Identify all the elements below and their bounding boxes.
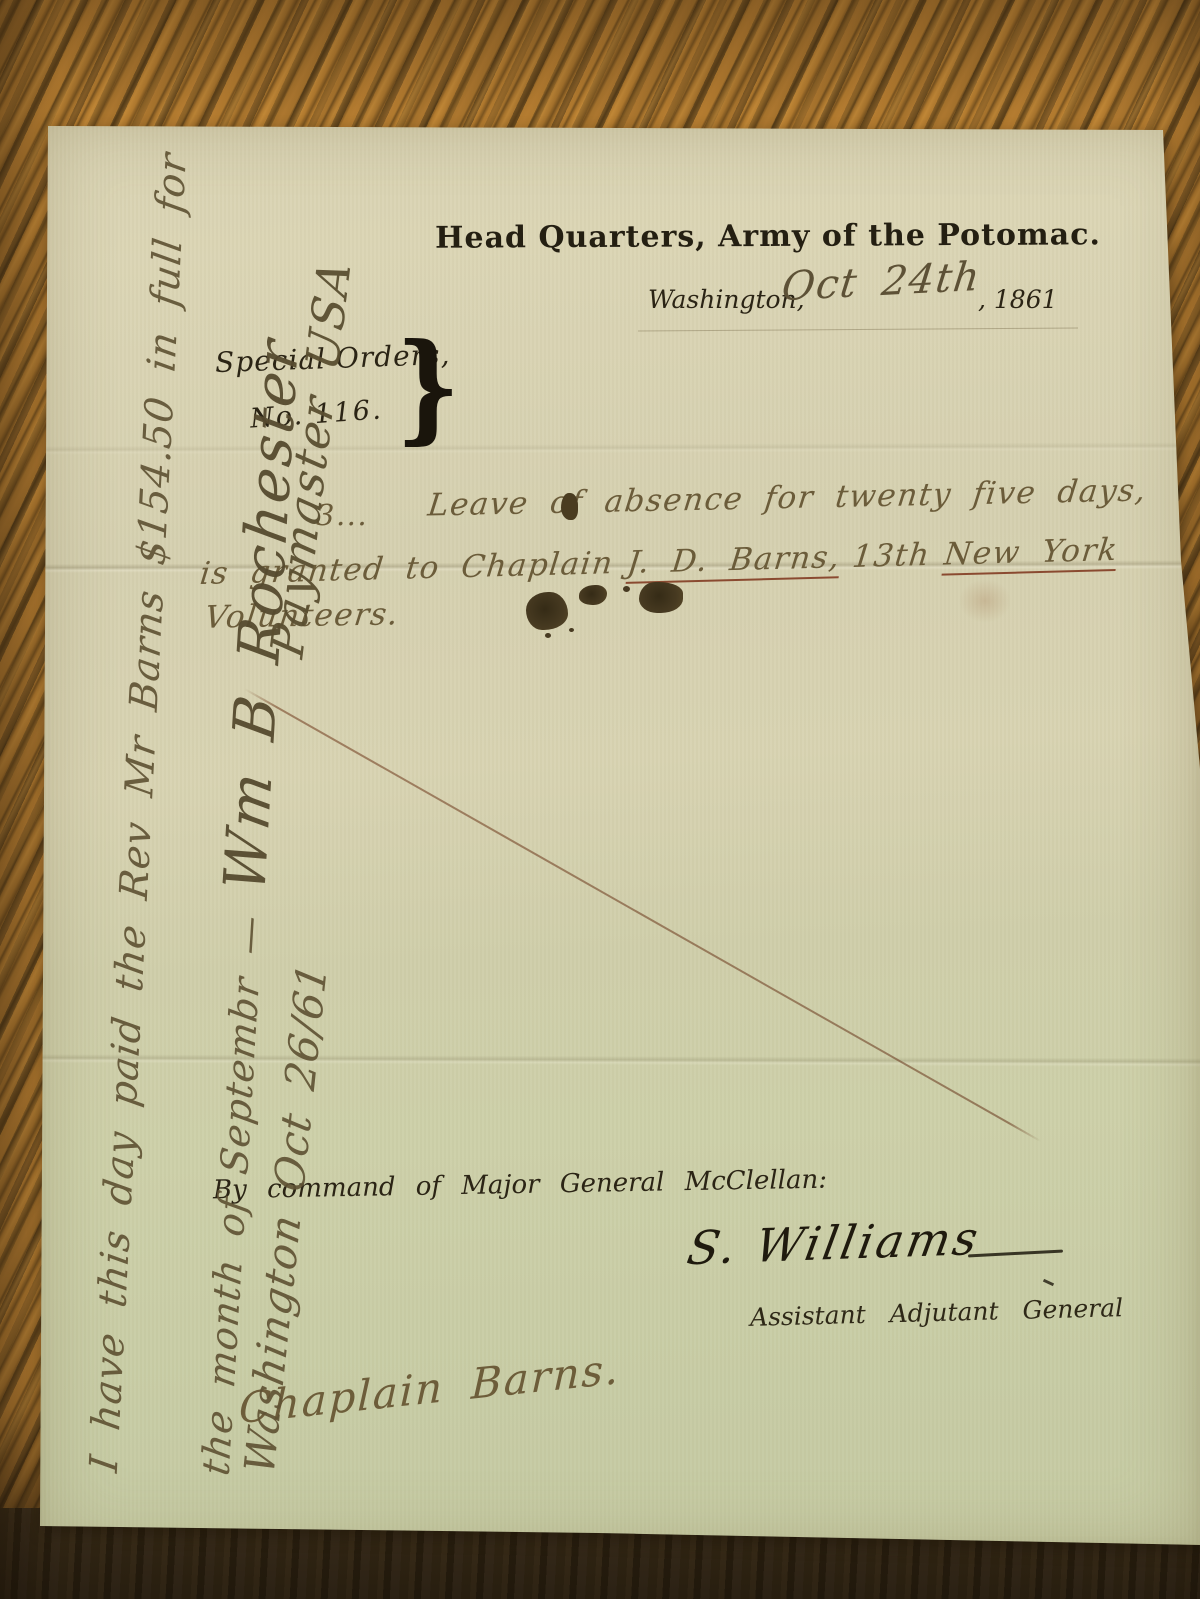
ink-speck <box>569 628 574 632</box>
paper-stain <box>950 572 1020 630</box>
regiment-number: 13th <box>850 537 932 575</box>
chaplain-name-underlined: J. D. Barns, <box>625 539 842 584</box>
body-line-1: Leave of absence for twenty five days, <box>426 472 1149 523</box>
orders-brace: } <box>396 322 461 452</box>
signer-title: Assistant Adjutant General <box>750 1293 1124 1332</box>
scratch-line <box>244 688 1041 1142</box>
ink-speck <box>545 633 551 638</box>
ink-blot-splash <box>561 493 578 520</box>
regiment-state-underlined: New York <box>942 532 1120 576</box>
paper-sheet: Head Quarters, Army of the Potomac. Wash… <box>38 116 1200 1550</box>
ink-blot-large <box>526 592 568 630</box>
ink-blot-medium <box>639 582 683 613</box>
ink-blot-small <box>579 585 607 605</box>
letterhead-title: Head Quarters, Army of the Potomac. <box>418 217 1118 256</box>
margin-note-payment: I have this day paid the Rev Mr Barns $1… <box>82 149 196 1475</box>
letterhead-year: , 1861 <box>978 285 1058 314</box>
handwritten-date: Oct 24th <box>779 254 983 311</box>
signature-flourish <box>968 1250 1063 1258</box>
fold-crease-faint <box>38 442 1200 455</box>
ink-speck <box>623 586 630 592</box>
paper-wrapper: Head Quarters, Army of the Potomac. Wash… <box>38 116 1200 1550</box>
adjutant-signature: S. Williams <box>683 1211 985 1276</box>
signature-tick <box>1043 1279 1054 1286</box>
date-rule-line <box>638 327 1078 331</box>
